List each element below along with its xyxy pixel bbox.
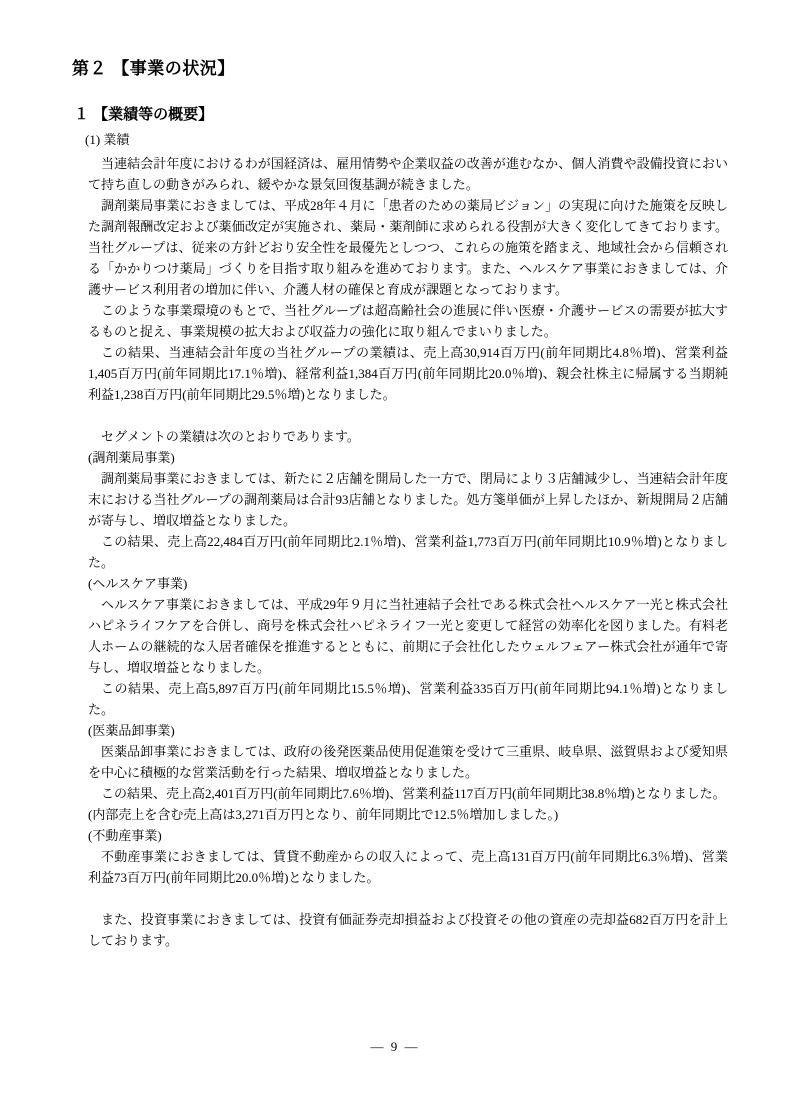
document-content: 第２ 【事業の状況】 １ 【業績等の概要】 (1) 業績 当連結会計年度における…: [0, 0, 790, 951]
paragraph-wholesale-detail: 医薬品卸事業におきましては、政府の後発医薬品使用促進策を受けて三重県、岐阜県、滋…: [88, 741, 728, 783]
paragraph-business-environment: このような事業環境のもとで、当社グループは超高齢社会の進展に伴い医療・介護サービ…: [88, 300, 728, 342]
paragraph-segment-intro: セグメントの業績は次のとおりであります。: [88, 426, 728, 447]
segment-label-realestate: (不動産事業): [88, 825, 728, 846]
section-heading: １ 【業績等の概要】: [74, 105, 724, 125]
subsection-heading: (1) 業績: [85, 130, 724, 149]
paragraph-wholesale-results: この結果、売上高2,401百万円(前年同期比7.6％増)、営業利益117百万円(…: [88, 783, 728, 804]
paragraph-wholesale-internal: (内部売上を含む売上高は3,271百万円となり、前年同期比で12.5％増加しまし…: [88, 804, 728, 825]
paragraph-pharmacy-environment: 調剤薬局事業におきましては、平成28年４月に「患者のための薬局ビジョン」の実現に…: [88, 195, 728, 300]
paragraph-investment: また、投資事業におきましては、投資有価証券売却損益および投資その他の資産の売却益…: [88, 909, 728, 951]
segment-label-healthcare: (ヘルスケア事業): [88, 573, 728, 594]
chapter-heading: 第２ 【事業の状況】: [72, 58, 724, 80]
page-number: ― 9 ―: [0, 1038, 790, 1056]
segment-label-wholesale: (医薬品卸事業): [88, 720, 728, 741]
body-text: 当連結会計年度におけるわが国経済は、雇用情勢や企業収益の改善が進むなか、個人消費…: [88, 153, 728, 951]
paragraph-realestate-results: 不動産事業におきましては、賃貸不動産からの収入によって、売上高131百万円(前年…: [88, 846, 728, 888]
paragraph-healthcare-results: この結果、売上高5,897百万円(前年同期比15.5％増)、営業利益335百万円…: [88, 678, 728, 720]
document-page: 第２ 【事業の状況】 １ 【業績等の概要】 (1) 業績 当連結会計年度における…: [0, 0, 790, 1118]
paragraph-economy-overview: 当連結会計年度におけるわが国経済は、雇用情勢や企業収益の改善が進むなか、個人消費…: [88, 153, 728, 195]
segment-label-pharmacy: (調剤薬局事業): [88, 447, 728, 468]
paragraph-pharmacy-detail: 調剤薬局事業におきましては、新たに２店舗を開局した一方で、閉局により３店舗減少し…: [88, 468, 728, 531]
paragraph-consolidated-results: この結果、当連結会計年度の当社グループの業績は、売上高30,914百万円(前年同…: [88, 342, 728, 405]
paragraph-healthcare-detail: ヘルスケア事業におきましては、平成29年９月に当社連結子会社である株式会社ヘルス…: [88, 594, 728, 678]
paragraph-pharmacy-results: この結果、売上高22,484百万円(前年同期比2.1％増)、営業利益1,773百…: [88, 531, 728, 573]
